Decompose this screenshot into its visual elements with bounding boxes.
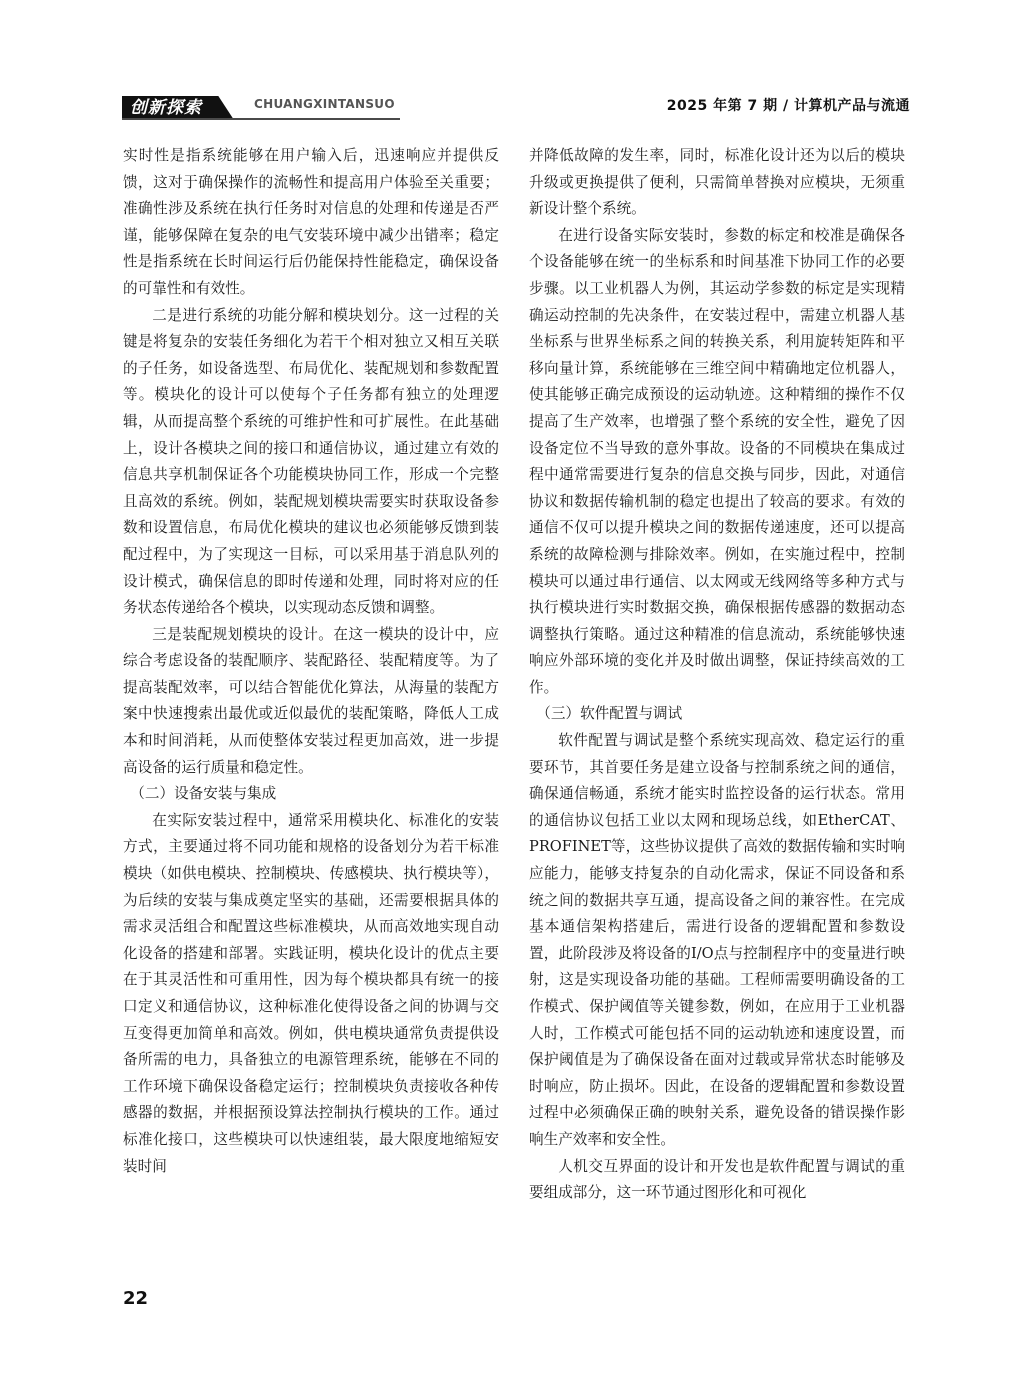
paragraph: 实时性是指系统能够在用户输入后，迅速响应并提供反馈，这对于确保操作的流畅性和提高… [123,143,499,303]
section-tag: 创新探索 [122,96,234,120]
paragraph: 二是进行系统的功能分解和模块划分。这一过程的关键是将复杂的安装任务细化为若干个相… [123,303,499,622]
left-column: 实时性是指系统能够在用户输入后，迅速响应并提供反馈，这对于确保操作的流畅性和提高… [123,143,499,1180]
page-header: 创新探索 CHUANGXINTANSUO 2025 年第 7 期 / 计算机产品… [0,0,1020,140]
section-heading: （三）软件配置与调试 [529,701,905,728]
section-heading: （二）设备安装与集成 [123,781,499,808]
header-rule [122,118,400,120]
right-column: 并降低故障的发生率，同时，标准化设计还为以后的模块升级或更换提供了便利，只需简单… [529,143,905,1207]
paragraph: 软件配置与调试是整个系统实现高效、稳定运行的重要环节，其首要任务是建立设备与控制… [529,728,905,1154]
paragraph: 三是装配规划模块的设计。在这一模块的设计中，应综合考虑设备的装配顺序、装配路径、… [123,622,499,782]
page-number: 22 [123,1288,148,1309]
paragraph: 在进行设备实际安装时，参数的标定和校准是确保各个设备能够在统一的坐标系和时间基准… [529,223,905,702]
section-pinyin: CHUANGXINTANSUO [254,97,395,111]
paragraph: 并降低故障的发生率，同时，标准化设计还为以后的模块升级或更换提供了便利，只需简单… [529,143,905,223]
paragraph: 人机交互界面的设计和开发也是软件配置与调试的重要组成部分，这一环节通过图形化和可… [529,1154,905,1207]
paragraph: 在实际安装过程中，通常采用模块化、标准化的安装方式，主要通过将不同功能和规格的设… [123,808,499,1180]
journal-issue: 2025 年第 7 期 / 计算机产品与流通 [667,95,910,115]
